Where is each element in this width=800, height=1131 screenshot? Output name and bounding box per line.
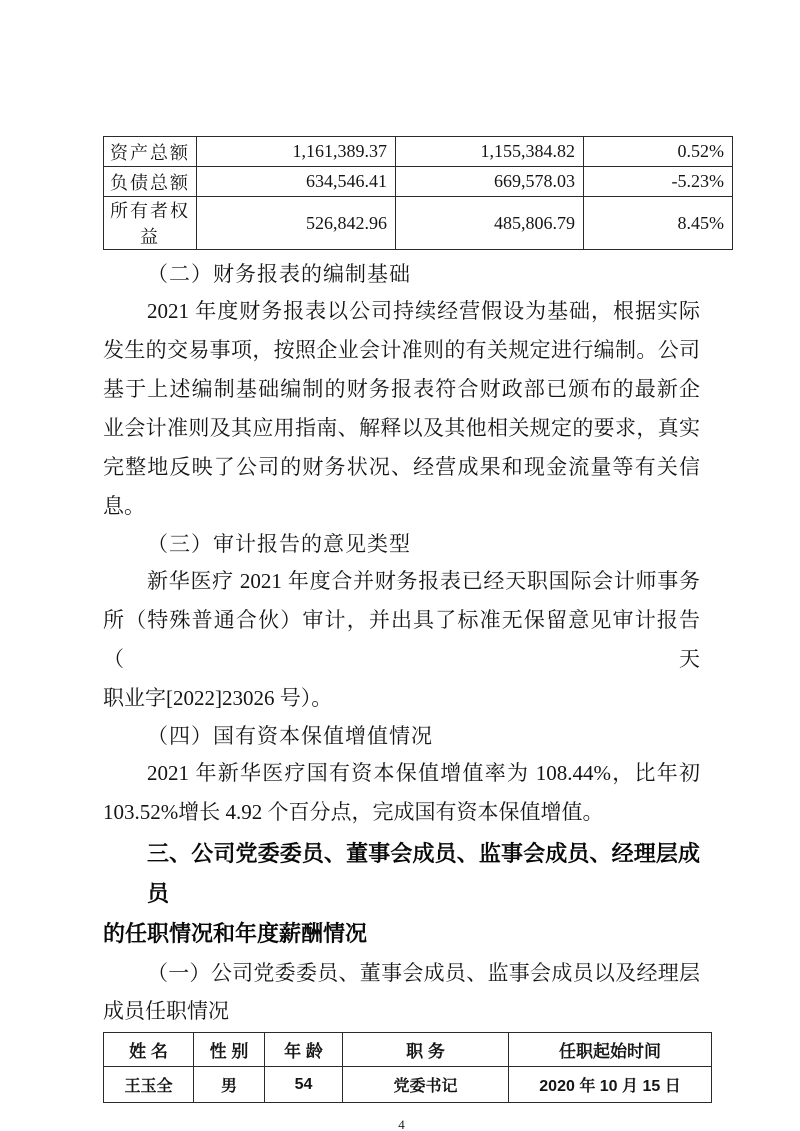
table-header-row: 姓 名 性 别 年 龄 职 务 任职起始时间 xyxy=(104,1033,712,1067)
previous-value: 1,155,384.82 xyxy=(396,137,584,167)
current-value: 526,842.96 xyxy=(197,197,396,250)
row-label: 所有者权益 xyxy=(104,197,197,250)
paragraph-line: 所（特殊普通合伙）审计，并出具了标准无保留意见审计报告（天 xyxy=(103,601,700,679)
page-number: 4 xyxy=(103,1117,700,1131)
previous-value: 669,578.03 xyxy=(396,167,584,197)
member-name: 王玉全 xyxy=(104,1067,194,1103)
previous-value: 485,806.79 xyxy=(396,197,584,250)
paragraph-basis-of-preparation: 2021 年度财务报表以公司持续经营假设为基础，根据实际 发生的交易事项，按照企… xyxy=(103,292,700,526)
current-value: 634,546.41 xyxy=(197,167,396,197)
paragraph-line: 2021 年度财务报表以公司持续经营假设为基础，根据实际 xyxy=(103,292,700,331)
chapter-heading-line: 的任职情况和年度薪酬情况 xyxy=(103,914,700,954)
row-label: 资产总额 xyxy=(104,137,197,167)
section-heading-4: （四）国有资本保值增值情况 xyxy=(103,718,700,754)
row-label: 负债总额 xyxy=(104,167,197,197)
table-row: 负债总额 634,546.41 669,578.03 -5.23% xyxy=(104,167,733,197)
section-heading-3: （三）审计报告的意见类型 xyxy=(103,526,700,562)
header-age: 年 龄 xyxy=(265,1033,343,1067)
change-percent: 8.45% xyxy=(584,197,733,250)
member-position: 党委书记 xyxy=(343,1067,509,1103)
paragraph-audit-opinion: 新华医疗 2021 年度合并财务报表已经天职国际会计师事务 所（特殊普通合伙）审… xyxy=(103,562,700,718)
header-name: 姓 名 xyxy=(104,1033,194,1067)
paragraph-line: 2021 年新华医疗国有资本保值增值率为 108.44%，比年初 xyxy=(103,754,700,793)
section-heading-line: 成员任职情况 xyxy=(103,992,700,1030)
paragraph-line: 业会计准则及其应用指南、解释以及其他相关规定的要求，真实 xyxy=(103,409,700,448)
chapter-heading-3: 三、公司党委委员、董事会成员、监事会成员、经理层成员 的任职情况和年度薪酬情况 xyxy=(103,834,700,954)
header-start-date: 任职起始时间 xyxy=(509,1033,712,1067)
paragraph-line: 息。 xyxy=(103,487,700,526)
member-gender: 男 xyxy=(194,1067,265,1103)
paragraph-line: 基于上述编制基础编制的财务报表符合财政部已颁布的最新企 xyxy=(103,370,700,409)
chapter-heading-line: 三、公司党委委员、董事会成员、监事会成员、经理层成员 xyxy=(103,834,700,914)
header-gender: 性 别 xyxy=(194,1033,265,1067)
member-start-date: 2020 年 10 月 15 日 xyxy=(509,1067,712,1103)
section-heading-2: （二）财务报表的编制基础 xyxy=(103,256,700,292)
paragraph-line: 103.52%增长 4.92 个百分点，完成国有资本保值增值。 xyxy=(103,793,700,832)
section-heading-3-1: （一）公司党委委员、董事会成员、监事会成员以及经理层 成员任职情况 xyxy=(103,954,700,1030)
paragraph-line: 职业字[2022]23026 号）。 xyxy=(103,679,700,718)
paragraph-line: 新华医疗 2021 年度合并财务报表已经天职国际会计师事务 xyxy=(103,562,700,601)
section-heading-line: （一）公司党委委员、董事会成员、监事会成员以及经理层 xyxy=(103,954,700,992)
current-value: 1,161,389.37 xyxy=(197,137,396,167)
financial-summary-table: 资产总额 1,161,389.37 1,155,384.82 0.52% 负债总… xyxy=(103,136,733,250)
table-row: 资产总额 1,161,389.37 1,155,384.82 0.52% xyxy=(104,137,733,167)
member-age: 54 xyxy=(265,1067,343,1103)
document-page: 资产总额 1,161,389.37 1,155,384.82 0.52% 负债总… xyxy=(0,0,800,1131)
change-percent: -5.23% xyxy=(584,167,733,197)
table-row: 所有者权益 526,842.96 485,806.79 8.45% xyxy=(104,197,733,250)
members-table: 姓 名 性 别 年 龄 职 务 任职起始时间 王玉全 男 54 党委书记 202… xyxy=(103,1032,712,1103)
paragraph-line: 发生的交易事项，按照企业会计准则的有关规定进行编制。公司 xyxy=(103,331,700,370)
table-row: 王玉全 男 54 党委书记 2020 年 10 月 15 日 xyxy=(104,1067,712,1103)
paragraph-capital-preservation: 2021 年新华医疗国有资本保值增值率为 108.44%，比年初 103.52%… xyxy=(103,754,700,832)
header-position: 职 务 xyxy=(343,1033,509,1067)
change-percent: 0.52% xyxy=(584,137,733,167)
paragraph-line: 完整地反映了公司的财务状况、经营成果和现金流量等有关信 xyxy=(103,448,700,487)
